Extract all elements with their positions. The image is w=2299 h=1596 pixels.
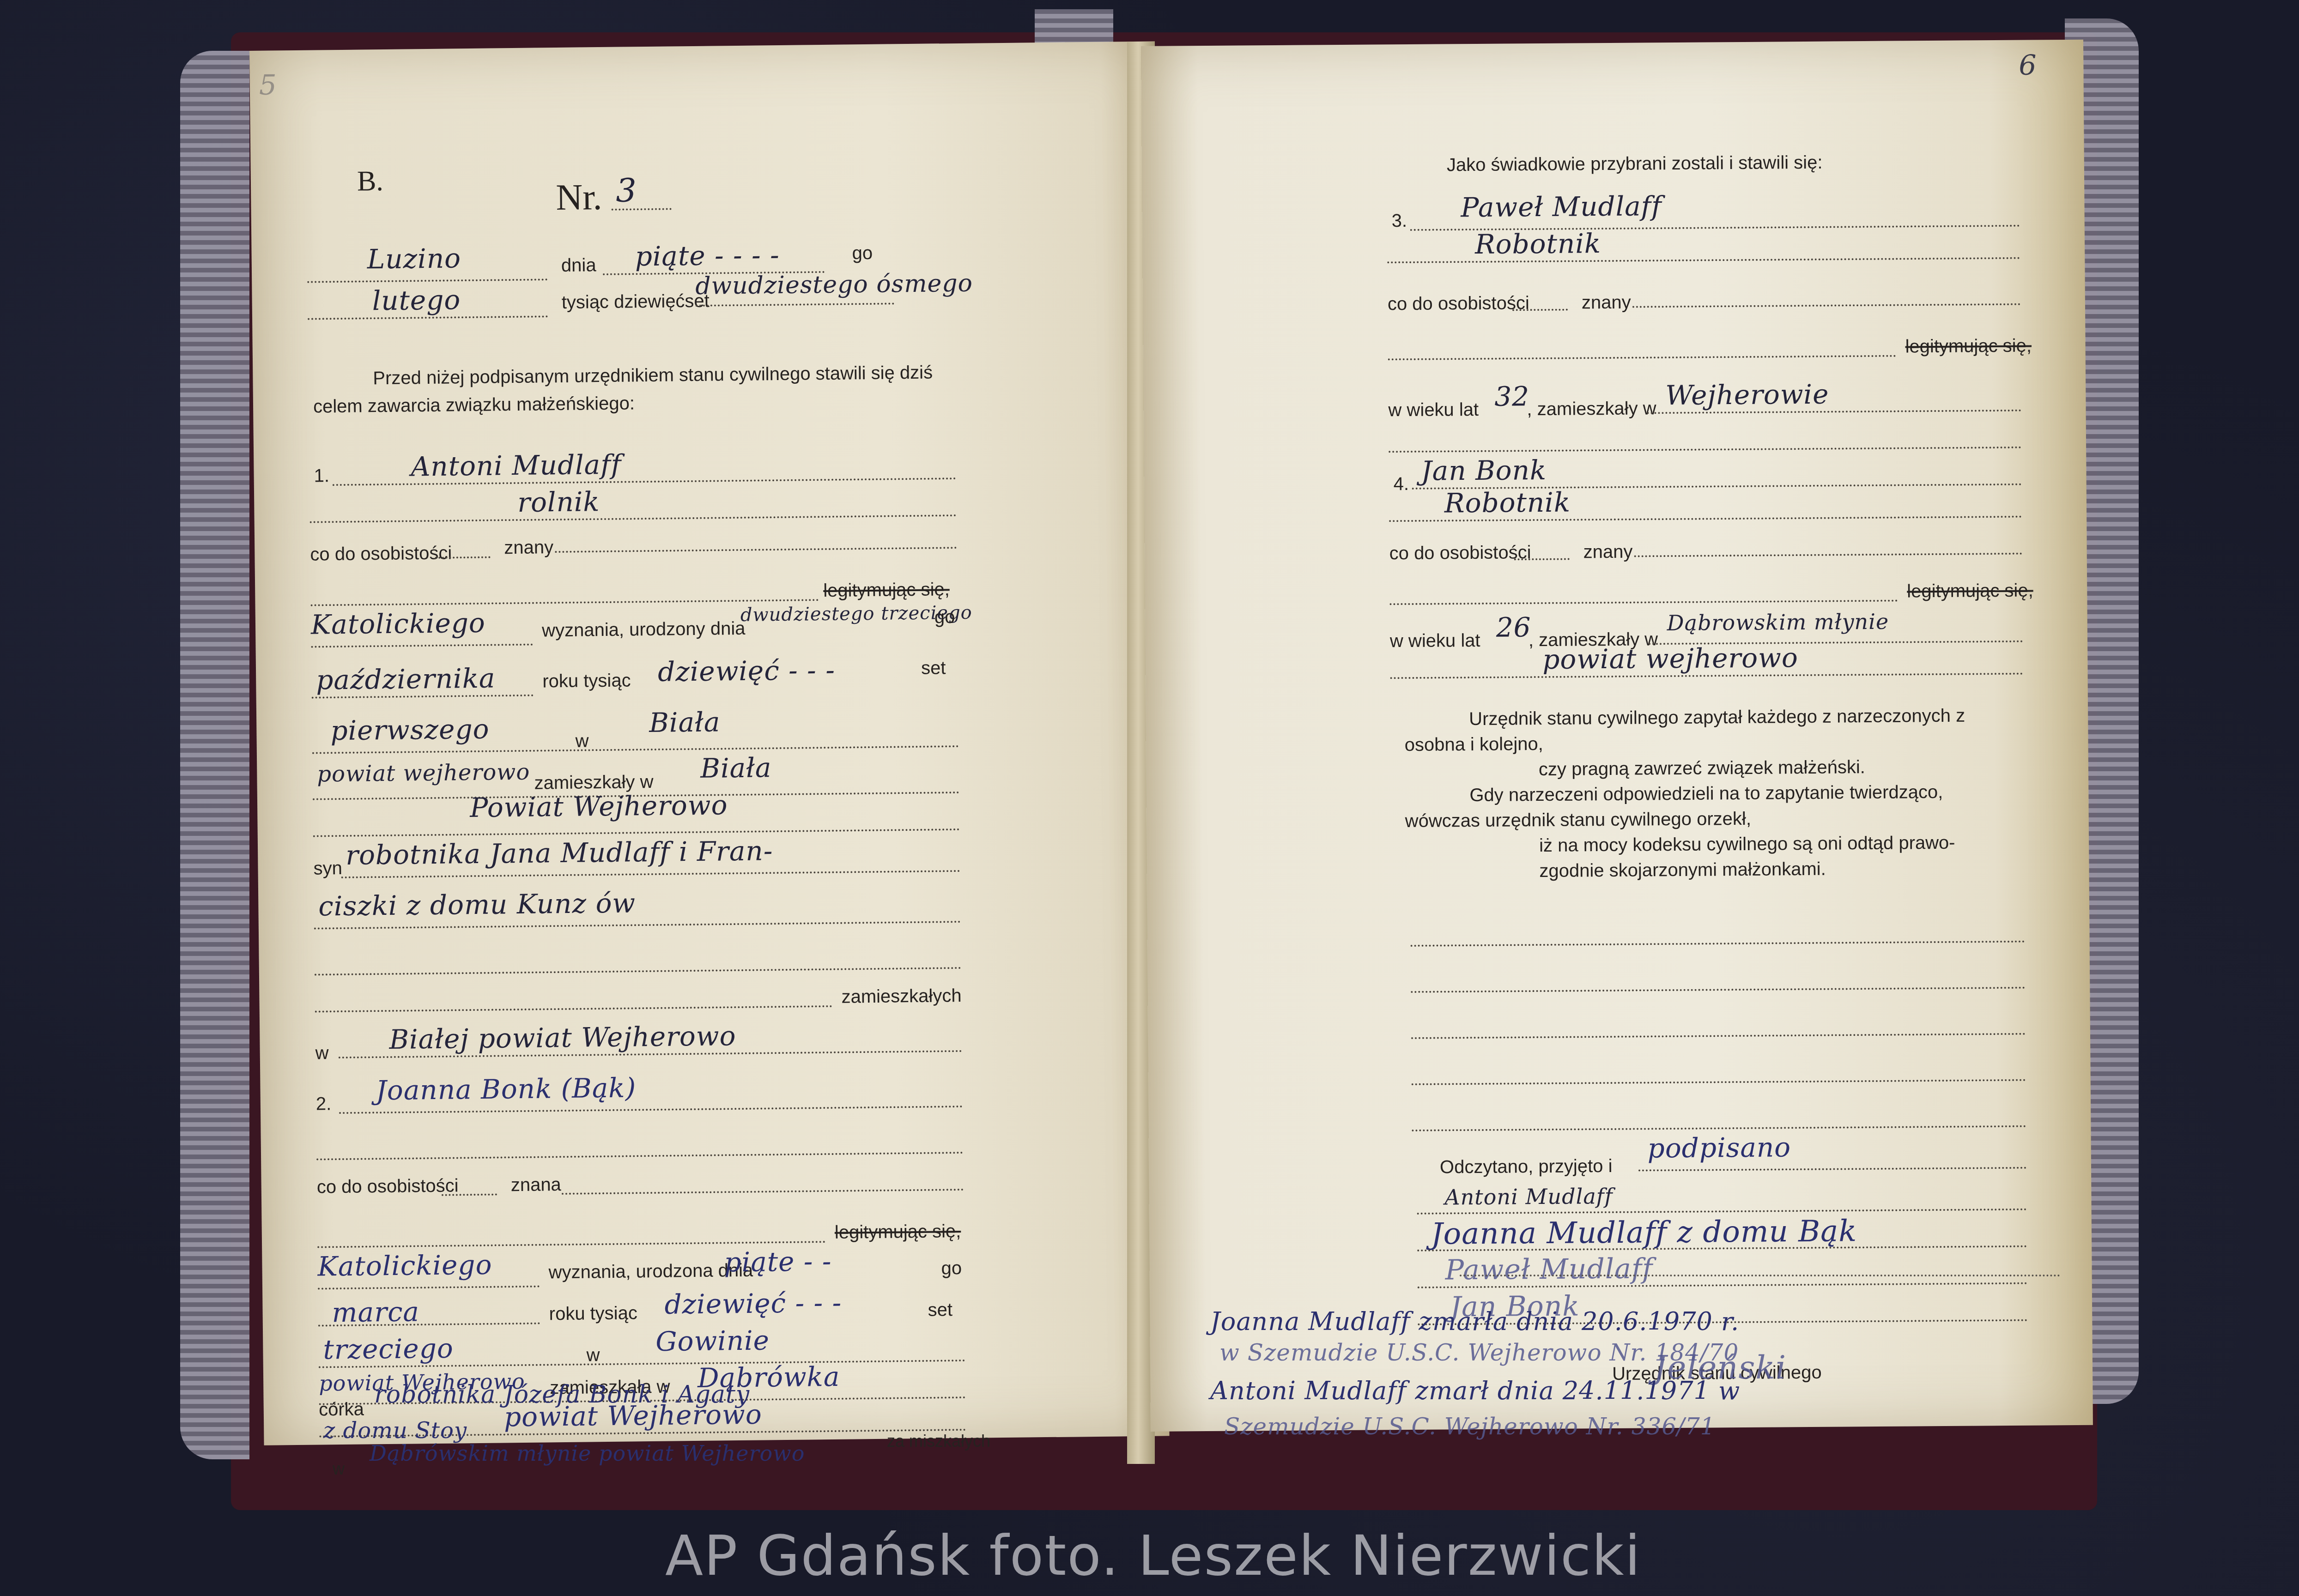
groom-w-label: w xyxy=(575,731,588,751)
groom-year-label: roku tysiąc xyxy=(542,670,631,692)
witness3-occupation: Robotnik xyxy=(1475,228,1601,260)
bride-parents-2: z domu Stoy xyxy=(323,1418,467,1444)
ceremony-line-6: iż na mocy kodeksu cywilnego są oni odtą… xyxy=(1539,833,1955,856)
witness3-name: Paweł Mudlaff xyxy=(1461,190,1662,223)
groom-identity-value: znany xyxy=(504,537,553,558)
cloth-binding-left xyxy=(180,51,249,1459)
ceremony-line-7: zgodnie skojarzonymi małżonkami. xyxy=(1539,859,1826,882)
groom-occupation: rolnik xyxy=(517,486,600,518)
groom-birth-place: Biała xyxy=(649,706,721,738)
groom-residence: Biała xyxy=(700,752,772,784)
groom-name: Antoni Mudlaff xyxy=(411,449,621,483)
witness4-age: 26 xyxy=(1496,611,1531,643)
bride-year-label: roku tysiąc xyxy=(549,1303,637,1324)
marriage-day: piąte - - - - xyxy=(635,239,780,272)
bride-identity-value: znana xyxy=(511,1174,561,1196)
annotation-line-3: Antoni Mudlaff zmarł dnia 24.11.1971 w xyxy=(1210,1376,1740,1405)
signature-1: Antoni Mudlaff xyxy=(1444,1184,1613,1210)
groom-birth-county: powiat wejherowo xyxy=(317,759,530,787)
bride-birth-year-2: trzeciego xyxy=(323,1333,454,1366)
witness3-legit-label: legitymując się, xyxy=(1905,336,2032,357)
groom-number: 1. xyxy=(314,465,329,486)
groom-set-label: set xyxy=(921,658,946,679)
witness4-legit-label: legitymując się, xyxy=(1907,580,2033,602)
bride-number: 2. xyxy=(316,1094,332,1114)
witness3-residence-label: , zamieszkały w xyxy=(1527,398,1656,420)
witnesses-heading: Jako świadkowie przybrani zostali i staw… xyxy=(1447,152,1823,176)
groom-religion-label: wyznania, urodzony dnia xyxy=(542,618,746,641)
bride-parents-residence: Dąbrówskim młynie powiat Wejherowo xyxy=(370,1441,805,1466)
signature-2: Joanna Mudlaff z domu Bąk xyxy=(1431,1214,1857,1251)
marriage-place: Luzino xyxy=(367,242,461,275)
page-number-left: 5 xyxy=(259,69,277,101)
year-label: tysiąc dziewięćset xyxy=(562,291,710,313)
bride-birth-year-1: dziewięć - - - xyxy=(664,1287,842,1320)
ceremony-line-3: czy pragną zawrzeć związek małżeński. xyxy=(1539,757,1865,780)
bride-religion-label: wyznania, urodzona dnia xyxy=(549,1260,753,1283)
witness4-identity-label: co do osobistości xyxy=(1389,542,1531,564)
witness4-name: Jan Bonk xyxy=(1421,454,1547,487)
groom-parents-2: ciszki z domu Kunz ów xyxy=(318,887,636,922)
bride-name: Joanna Bonk (Bąk) xyxy=(376,1072,636,1106)
witness3-number: 3. xyxy=(1392,211,1407,231)
witness4-number: 4. xyxy=(1393,474,1409,495)
bride-birth-go: go xyxy=(941,1258,962,1279)
ceremony-line-2: osobna i kolejno, xyxy=(1404,734,1543,756)
ceremony-line-4: Gdy narzeczeni odpowiedzieli na to zapyt… xyxy=(1469,782,1943,806)
bride-birth-place: Gowinie xyxy=(655,1324,770,1357)
bride-religion: Katolickiego xyxy=(317,1249,492,1282)
annotation-line-1: Joanna Mudlaff zmarła dnia 20.6.1970 r. xyxy=(1210,1307,1739,1336)
bride-set-label: set xyxy=(928,1300,952,1321)
intro-text-1: Przed niżej podpisanym urzędnikiem stanu… xyxy=(373,363,933,389)
signing-label: Odczytano, przyjęto i xyxy=(1440,1156,1613,1178)
record-number: 3 xyxy=(616,171,637,209)
bride-identity-label: co do osobistości xyxy=(317,1175,459,1197)
groom-parents-w-label: w xyxy=(315,1043,329,1064)
annotation-line-2: w Szemudzie U.S.C. Wejherowo Nr. 184/70 xyxy=(1219,1339,1739,1366)
witness3-age: 32 xyxy=(1494,381,1529,412)
witness4-identity-value: znany xyxy=(1583,542,1633,563)
intro-text-2: celem zawarcia związku małżeńskiego: xyxy=(313,393,635,417)
watermark: AP Gdańsk foto. Leszek Nierzwicki xyxy=(665,1524,1641,1588)
groom-residence-county: Powiat Wejherowo xyxy=(470,789,728,823)
witness4-residence-county: powiat wejherowo xyxy=(1542,642,1798,675)
marriage-month: lutego xyxy=(372,284,461,316)
ceremony-line-5: wówczas urzędnik stanu cywilnego orzekł, xyxy=(1405,809,1752,832)
groom-birth-year-2: pierwszego xyxy=(330,713,490,747)
witness4-occupation: Robotnik xyxy=(1444,487,1571,519)
groom-identity-label: co do osobistości xyxy=(310,543,452,565)
bride-w-label: w xyxy=(586,1345,600,1366)
witness3-identity-label: co do osobistości xyxy=(1388,293,1529,314)
witness3-age-label: w wieku lat xyxy=(1388,399,1479,421)
groom-legit-label: legitymując się, xyxy=(823,579,950,601)
annotation-line-4: Szemudzie U.S.C. Wejherowo Nr. 336/71 xyxy=(1224,1413,1716,1440)
page-number-right: 6 xyxy=(2019,49,2037,81)
witness4-residence: Dąbrowskim młynie xyxy=(1667,609,1889,635)
marriage-year: dwudziestego ósmego xyxy=(695,270,973,300)
groom-parents-residence-label: zamieszkałych xyxy=(841,985,962,1008)
daughter-label: córka xyxy=(319,1399,364,1420)
witness3-identity-value: znany xyxy=(1582,292,1631,314)
groom-parents-1: robotnika Jana Mudlaff i Fran- xyxy=(346,835,773,871)
signature-3: Paweł Mudlaff xyxy=(1445,1252,1653,1286)
bride-parents-w-label: w xyxy=(333,1459,345,1479)
witness4-age-label: w wieku lat xyxy=(1390,630,1480,652)
go-label: go xyxy=(852,243,873,264)
bride-birth-day: piąte - - xyxy=(724,1245,832,1278)
witness3-residence: Wejherowie xyxy=(1665,379,1829,411)
dnia-label: dnia xyxy=(561,255,596,276)
bride-parents-1: robotnika Józefa Bonk i Agaty xyxy=(374,1381,750,1409)
groom-parents-residence: Białej powiat Wejherowo xyxy=(389,1020,736,1055)
ceremony-line-1: Urzędnik stanu cywilnego zapytał każdego… xyxy=(1469,706,1965,730)
left-page: 5 B. Nr. 3 Luzino dnia piąte - - - - go … xyxy=(249,41,1170,1445)
bride-legit-label: legitymując się, xyxy=(835,1221,961,1243)
son-label: syn xyxy=(313,858,342,879)
groom-religion: Katolickiego xyxy=(311,607,485,641)
groom-birth-go: go xyxy=(934,607,955,628)
groom-birth-month: października xyxy=(316,663,496,696)
section-letter: B. xyxy=(357,165,384,198)
right-page: 6 Jako świadkowie przybrani zostali i st… xyxy=(1141,40,2093,1432)
bride-parents-residence-label: za miszkałych xyxy=(887,1432,990,1451)
cloth-binding-spine xyxy=(1035,9,1113,46)
groom-birth-year-1: dziewięć - - - xyxy=(658,654,835,688)
record-number-label: Nr. xyxy=(556,176,602,219)
signing-value: podpisano xyxy=(1647,1131,1791,1164)
